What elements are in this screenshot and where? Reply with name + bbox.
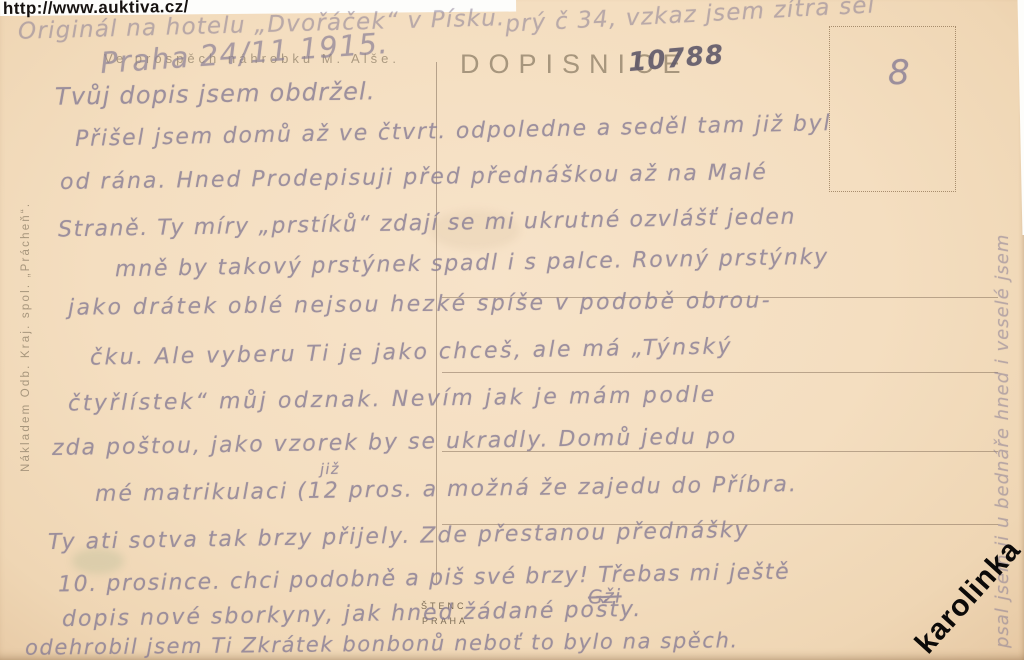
stamp-box-number: 8 <box>888 53 911 93</box>
stamp-box: 8 <box>829 26 956 192</box>
inserted-word: již <box>320 460 340 479</box>
postcard-scan: http://www.auktiva.cz/ Ve prospěch náhro… <box>0 0 1024 660</box>
message-line: Tvůj dopis jsem obdržel. <box>55 77 376 111</box>
publisher-imprint: Nákladem Odb. Kraj. spol. „Prácheň“. <box>20 202 32 472</box>
address-rule <box>442 372 998 373</box>
